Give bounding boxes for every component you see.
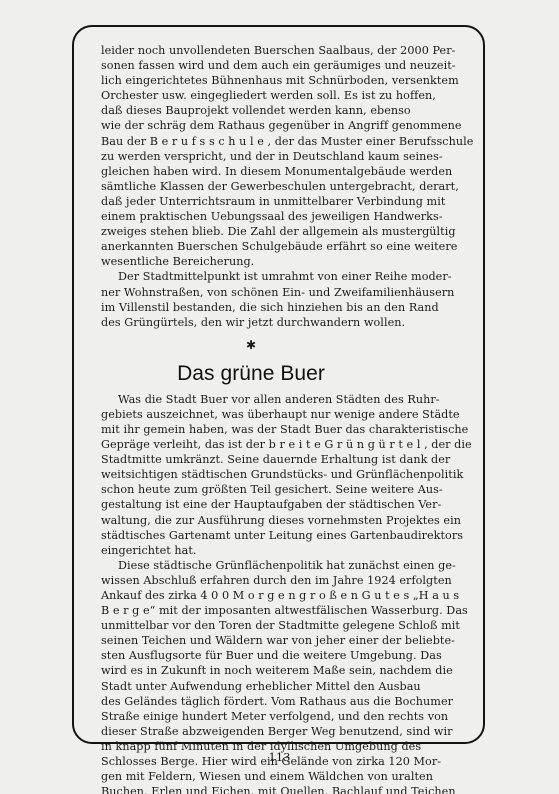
text-line: sten Ausflugsorte für Buer und die weite…	[101, 648, 401, 663]
paragraph-gruenguertel: Was die Stadt Buer vor allen anderen Stä…	[101, 392, 401, 558]
text-line: des Grüngürtels, den wir jetzt durchwand…	[101, 315, 401, 330]
text-line: waltung, die zur Ausführung dieses vorne…	[101, 513, 401, 528]
text-line: städtisches Gartenamt unter Leitung eine…	[101, 528, 401, 543]
text-line: Diese städtische Grünflächenpolitik hat …	[101, 558, 401, 573]
section-separator-star-icon: ✱	[101, 332, 401, 358]
text-line: schon heute zum größten Teil gesichert. …	[101, 482, 401, 497]
text-line: wird es in Zukunft in noch weiterem Maße…	[101, 663, 401, 678]
text-line: Bau der B e r u f s s c h u l e , der da…	[101, 134, 401, 149]
text-line: mit ihr gemein haben, was der Stadt Buer…	[101, 422, 401, 437]
paragraph-stadtmittelpunkt: Der Stadtmittelpunkt ist umrahmt von ein…	[101, 269, 401, 329]
text-line: zu werden verspricht, und der in Deutsch…	[101, 149, 401, 164]
text-line: Der Stadtmittelpunkt ist umrahmt von ein…	[101, 269, 401, 284]
text-line: Ankauf des zirka 4 0 0 M o r g e n g r o…	[101, 588, 401, 603]
text-line: wie der schräg dem Rathaus gegenüber in …	[101, 118, 401, 133]
text-line: im Villenstil bestanden, die sich hinzie…	[101, 300, 401, 315]
text-line: sämtliche Klassen der Gewerbeschulen unt…	[101, 179, 401, 194]
text-line: weitsichtigen städtischen Grundstücks- u…	[101, 467, 401, 482]
text-line: Gepräge verleiht, das ist der b r e i t …	[101, 437, 401, 452]
text-line: leider noch unvollendeten Buerschen Saal…	[101, 43, 401, 58]
text-line: anerkannten Buerschen Schulgebäude erfäh…	[101, 239, 401, 254]
text-line: gleichen haben wird. In diesem Monumenta…	[101, 164, 401, 179]
text-line: daß dieses Bauprojekt vollendet werden k…	[101, 103, 401, 118]
text-line: eingerichtet hat.	[101, 543, 401, 558]
text-line: Straße einige hundert Meter verfolgend, …	[101, 709, 401, 724]
text-line: Was die Stadt Buer vor allen anderen Stä…	[101, 392, 401, 407]
paragraph-saalbau: leider noch unvollendeten Buerschen Saal…	[101, 43, 401, 269]
text-line: einem praktischen Uebungssaal des jeweil…	[101, 209, 401, 224]
text-line: Orchester usw. eingegliedert werden soll…	[101, 88, 401, 103]
text-line: gebiets auszeichnet, was überhaupt nur w…	[101, 407, 401, 422]
text-line: dieser Straße abzweigenden Berger Weg be…	[101, 724, 401, 739]
text-line: seinen Teichen und Wäldern war von jeher…	[101, 633, 401, 648]
text-line: gestaltung ist eine der Hauptaufgaben de…	[101, 497, 401, 512]
text-line: ner Wohnstraßen, von schönen Ein- und Zw…	[101, 285, 401, 300]
page-body: leider noch unvollendeten Buerschen Saal…	[101, 43, 401, 794]
text-line: zweiges stehen blieb. Die Zahl der allge…	[101, 224, 401, 239]
text-line: lich eingerichtetes Bühnenhaus mit Schnü…	[101, 73, 401, 88]
text-line: daß jeder Unterrichtsraum in unmittelbar…	[101, 194, 401, 209]
text-line: wissen Abschluß erfahren durch den im Ja…	[101, 573, 401, 588]
text-line: Stadtmitte umkränzt. Seine dauernde Erha…	[101, 452, 401, 467]
text-line: B e r g e“ mit der imposanten altwestfäl…	[101, 603, 401, 618]
text-line: wesentliche Bereicherung.	[101, 254, 401, 269]
text-line: unmittelbar vor den Toren der Stadtmitte…	[101, 618, 401, 633]
section-heading: Das grüne Buer	[101, 362, 401, 388]
text-line: Stadt unter Aufwendung erheblicher Mitte…	[101, 679, 401, 694]
text-line: des Geländes täglich fördert. Vom Rathau…	[101, 694, 401, 709]
text-line: Buchen, Erlen und Eichen, mit Quellen, B…	[101, 784, 401, 794]
text-line: sonen fassen wird und dem auch ein geräu…	[101, 58, 401, 73]
text-line: gen mit Feldern, Wiesen und einem Wäldch…	[101, 769, 401, 784]
page-number: 113	[0, 750, 559, 764]
